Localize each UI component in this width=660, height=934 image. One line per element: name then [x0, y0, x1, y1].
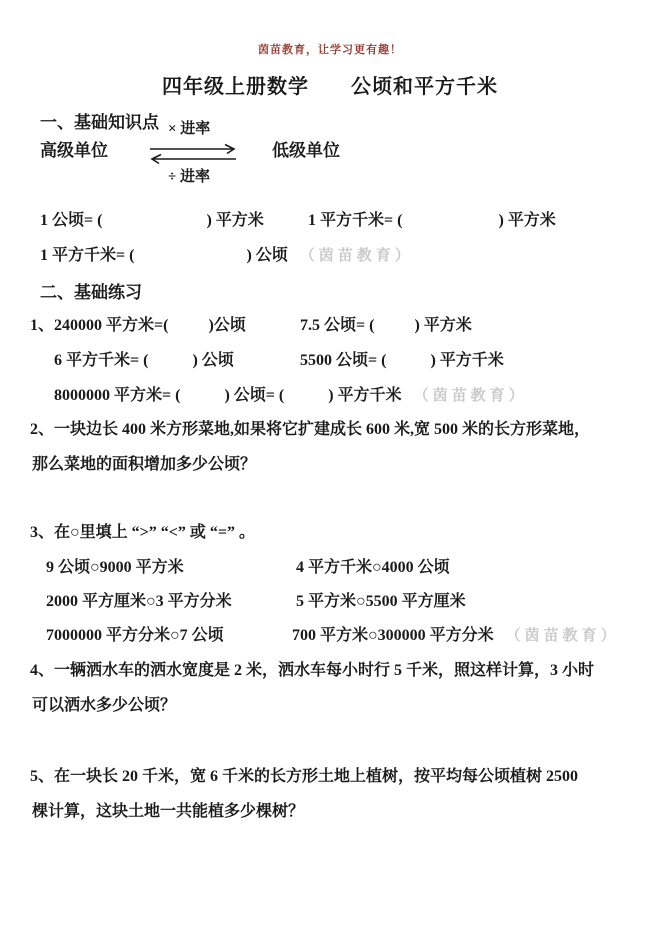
- q3-row3-right: 700 平方米○300000 平方分米: [292, 627, 494, 644]
- q3-heading: 3、在○里填上 “>” “<” 或 “=” 。: [30, 523, 255, 543]
- q2-line1: 2、一块边长 400 米方形菜地,如果将它扩建成长 600 米,宽 500 米的…: [30, 420, 590, 440]
- conv-sqkm-to-hectare-line: 1 平方千米= ( ) 公顷（茵苗教育）: [40, 246, 414, 266]
- conversion-double-arrow-icon: [147, 143, 239, 165]
- q2-line2: 那么菜地的面积增加多少公顷？: [32, 455, 256, 475]
- watermark-text: （茵苗教育）: [300, 248, 414, 264]
- q3-row2-right: 5 平方米○5500 平方厘米: [296, 592, 466, 612]
- q1-row3-line: 8000000 平方米= ( ) 公顷= ( ) 平方千米（茵苗教育）: [54, 386, 528, 406]
- q4-line2: 可以洒水多少公顷？: [32, 696, 176, 716]
- conv-hectare-to-sqm: 1 公顷= ( ) 平方米: [40, 211, 264, 231]
- q4-line1: 4、一辆洒水车的洒水宽度是 2 米，洒水车每小时行 5 千米，照这样计算，3 小…: [30, 661, 594, 681]
- section2-heading: 二、基础练习: [40, 282, 142, 303]
- q3-row3-left: 7000000 平方分米○7 公顷: [46, 626, 224, 646]
- q5-line2: 棵计算，这块土地一共能植多少棵树？: [32, 802, 304, 822]
- q1-row2-right: 5500 公顷= ( ) 平方千米: [300, 351, 504, 371]
- watermark-text: （茵苗教育）: [414, 388, 528, 404]
- watermark-text: （茵苗教育）: [506, 628, 620, 644]
- section1-heading: 一、基础知识点: [40, 112, 159, 133]
- q3-row2-left: 2000 平方厘米○3 平方分米: [46, 592, 232, 612]
- conv-sqkm-to-sqm: 1 平方千米= ( ) 平方米: [308, 211, 556, 231]
- q3-row3-right-line: 700 平方米○300000 平方分米（茵苗教育）: [292, 626, 620, 646]
- brand-slogan: 茵苗教育，让学习更有趣！: [0, 41, 660, 57]
- q1-row3: 8000000 平方米= ( ) 公顷= ( ) 平方千米: [54, 387, 402, 404]
- multiply-rate-label: × 进率: [168, 120, 210, 139]
- divide-rate-label: ÷ 进率: [168, 168, 210, 187]
- q1-row1-right: 7.5 公顷= ( ) 平方米: [300, 316, 472, 336]
- q1-row1-left: 1、240000 平方米=( )公顷: [30, 316, 246, 336]
- lower-unit-label: 低级单位: [272, 140, 340, 161]
- worksheet-page: 茵苗教育，让学习更有趣！ 四年级上册数学 公顷和平方千米 一、基础知识点 × 进…: [0, 0, 660, 934]
- q3-row1-right: 4 平方千米○4000 公顷: [296, 558, 450, 578]
- conv-sqkm-to-hectare: 1 平方千米= ( ) 公顷: [40, 247, 288, 264]
- q1-row2-left: 6 平方千米= ( ) 公顷: [54, 351, 234, 371]
- page-title: 四年级上册数学 公顷和平方千米: [0, 70, 660, 99]
- q3-row1-left: 9 公顷○9000 平方米: [46, 558, 184, 578]
- higher-unit-label: 高级单位: [40, 140, 108, 161]
- q5-line1: 5、在一块长 20 千米，宽 6 千米的长方形土地上植树，按平均每公顷植树 25…: [30, 767, 578, 787]
